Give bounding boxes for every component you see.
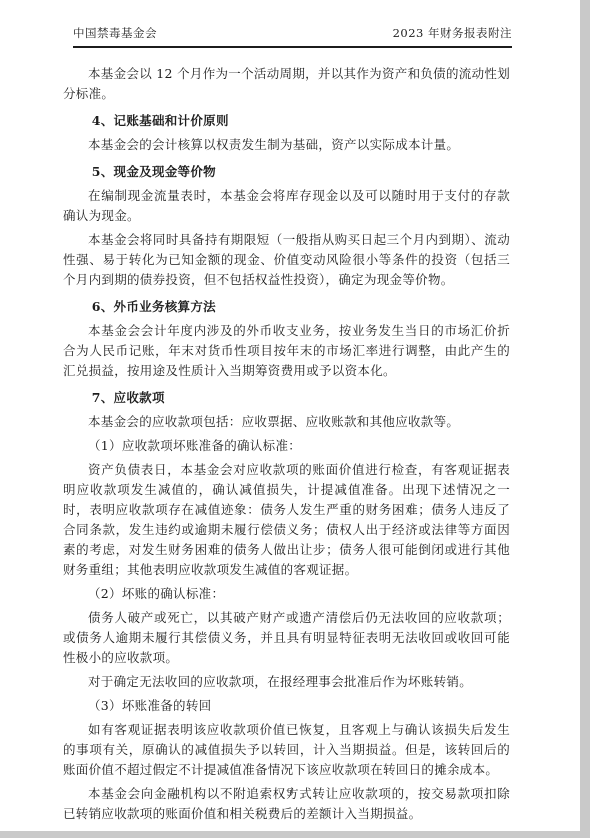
screenshot-root: { "header": { "left": "中国禁毒基金会", "right"… (0, 0, 590, 838)
page-number: 9 (287, 786, 294, 799)
paragraph: 对于确定无法收回的应收款项，在报经理事会批准后作为坏账转销。 (63, 672, 510, 692)
section-heading: 5、现金及现金等价物 (63, 162, 510, 182)
paragraph: 本基金会会计年度内涉及的外币收支业务，按业务发生当日的市场汇价折合为人民币记账，… (63, 321, 510, 381)
paragraph: （1）应收款项坏账准备的确认标准： (63, 436, 510, 456)
page-footer: 9 (0, 786, 580, 799)
paragraph: 债务人破产或死亡，以其破产财产或遗产清偿后仍无法收回的应收款项；或债务人逾期未履… (63, 608, 510, 668)
paragraph: 本基金会以 12 个月作为一个活动周期，并以其作为资产和负债的流动性划分标准。 (63, 64, 510, 104)
section-heading: 4、记账基础和计价原则 (63, 111, 510, 131)
paragraph: 资产负债表日，本基金会对应收款项的账面价值进行检查，有客观证据表明应收款项发生减… (63, 460, 510, 580)
paragraph: 本基金会的会计核算以权责发生制为基础，资产以实际成本计量。 (63, 135, 510, 155)
header-org-name: 中国禁毒基金会 (73, 25, 157, 41)
paragraph: 在编制现金流量表时，本基金会将库存现金以及可以随时用于支付的存款确认为现金。 (63, 186, 510, 226)
paragraph: （2）坏账的确认标准： (63, 584, 510, 604)
section-heading: 6、外币业务核算方法 (63, 297, 510, 317)
paragraph: 如有客观证据表明该应收款项价值已恢复，且客观上与确认该损失后发生的事项有关，原确… (63, 720, 510, 780)
paragraph: （3）坏账准备的转回 (63, 696, 510, 716)
paragraph: 本基金会的应收款项包括：应收票据、应收账款和其他应收款等。 (63, 412, 510, 432)
section-heading: 7、应收款项 (63, 388, 510, 408)
document-page: 中国禁毒基金会 2023 年财务报表附注 本基金会以 12 个月作为一个活动周期… (0, 0, 580, 831)
header-doc-title: 2023 年财务报表附注 (393, 25, 512, 41)
document-body: 本基金会以 12 个月作为一个活动周期，并以其作为资产和负债的流动性划分标准。4… (63, 60, 510, 828)
page-header: 中国禁毒基金会 2023 年财务报表附注 (73, 25, 512, 48)
paragraph: 本基金会将同时具备持有期限短（一般指从购买日起三个月内到期）、流动性强、易于转化… (63, 230, 510, 290)
